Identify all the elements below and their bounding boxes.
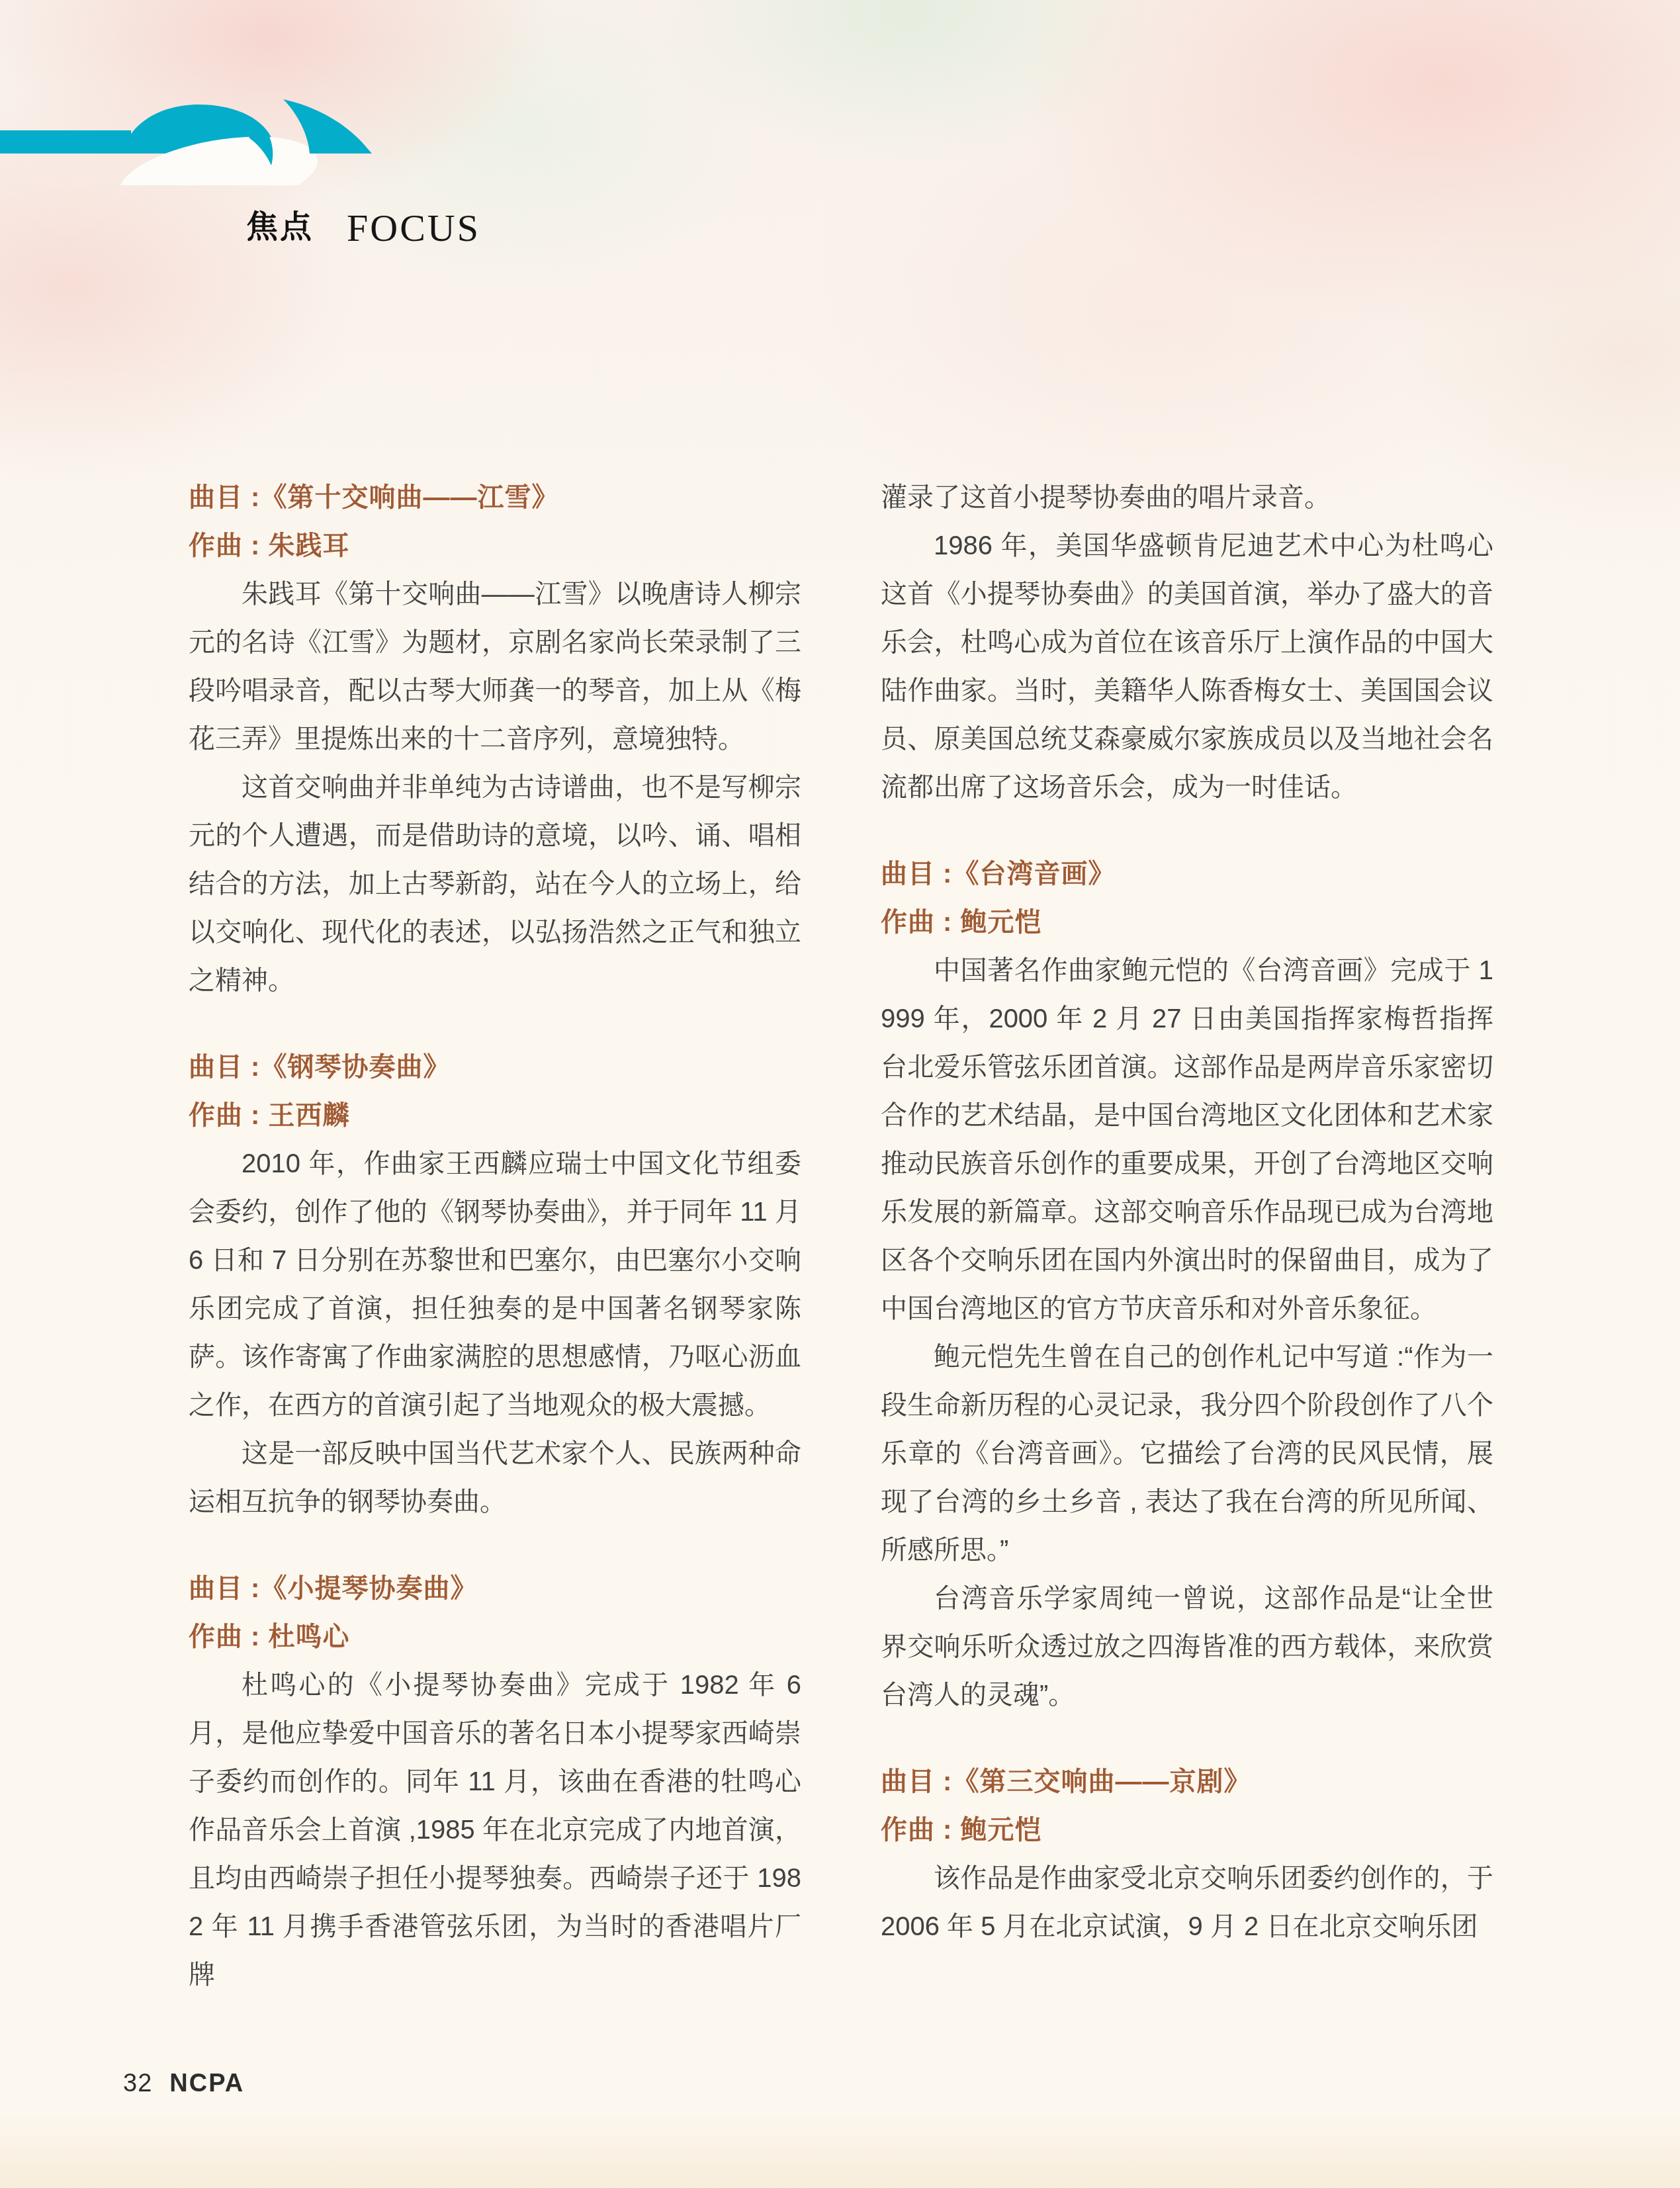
composer-line: 作曲 : 王西麟: [189, 1092, 801, 1140]
paragraph: 鲍元恺先生曾在自己的创作札记中写道 :“作为一段生命新历程的心灵记录，我分四个阶…: [881, 1333, 1493, 1575]
paragraph: 这首交响曲并非单纯为古诗谱曲，也不是写柳宗元的个人遭遇，而是借助诗的意境，以吟、…: [189, 764, 801, 1005]
page-footer: 32NCPA: [123, 2070, 244, 2098]
right-column: 灌录了这首小提琴协奏曲的唱片录音。1986 年，美国华盛顿肯尼迪艺术中心为杜鸣心…: [881, 474, 1493, 1951]
page-header: 焦点 FOCUS: [0, 86, 596, 185]
brand-ncpa: NCPA: [169, 2070, 244, 2097]
paragraph: 该作品是作曲家受北京交响乐团委约创作的，于 2006 年 5 月在北京试演，9 …: [881, 1855, 1493, 1951]
focus-swoosh-icon: [0, 86, 596, 185]
paragraph: 这是一部反映中国当代艺术家个人、民族两种命运相互抗争的钢琴协奏曲。: [189, 1430, 801, 1526]
paragraph: 朱践耳《第十交响曲——江雪》以晚唐诗人柳宗元的名诗《江雪》为题材，京剧名家尚长荣…: [189, 570, 801, 764]
composer-line: 作曲 : 朱践耳: [189, 522, 801, 570]
paragraph: 1986 年，美国华盛顿肯尼迪艺术中心为杜鸣心这首《小提琴协奏曲》的美国首演，举…: [881, 522, 1493, 812]
composer-line: 作曲 : 杜鸣心: [189, 1613, 801, 1661]
page-number: 32: [123, 2070, 152, 2097]
paragraph: 杜鸣心的《小提琴协奏曲》完成于 1982 年 6 月，是他应挚爱中国音乐的著名日…: [189, 1661, 801, 1999]
piece-title: 曲目 :《钢琴协奏曲》: [189, 1043, 801, 1092]
paragraph: 台湾音乐学家周纯一曾说，这部作品是“让全世界交响乐听众透过放之四海皆准的西方载体…: [881, 1575, 1493, 1720]
paragraph: 中国著名作曲家鲍元恺的《台湾音画》完成于 1999 年，2000 年 2 月 2…: [881, 947, 1493, 1333]
bottom-tint-band: [0, 2115, 1680, 2188]
left-column: 曲目 :《第十交响曲——江雪》作曲 : 朱践耳朱践耳《第十交响曲——江雪》以晚唐…: [189, 474, 801, 1999]
section-title-en: FOCUS: [347, 209, 480, 247]
composer-line: 作曲 : 鲍元恺: [881, 1806, 1493, 1855]
paragraph: 2010 年，作曲家王西麟应瑞士中国文化节组委会委约，创作了他的《钢琴协奏曲》，…: [189, 1140, 801, 1430]
section-title-cn: 焦点: [246, 212, 314, 243]
paragraph: 灌录了这首小提琴协奏曲的唱片录音。: [881, 474, 1493, 522]
magazine-page: 焦点 FOCUS 曲目 :《第十交响曲——江雪》作曲 : 朱践耳朱践耳《第十交响…: [0, 0, 1680, 2188]
piece-title: 曲目 :《第三交响曲——京剧》: [881, 1758, 1493, 1806]
piece-title: 曲目 :《第十交响曲——江雪》: [189, 474, 801, 522]
composer-line: 作曲 : 鲍元恺: [881, 898, 1493, 947]
piece-title: 曲目 :《小提琴协奏曲》: [189, 1565, 801, 1613]
piece-title: 曲目 :《台湾音画》: [881, 850, 1493, 898]
